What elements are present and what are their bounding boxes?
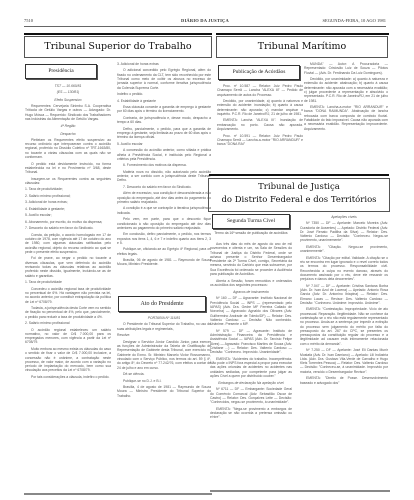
paragraph: Nº 7350 — DF — Apelante: Marcelo Moreira… (300, 221, 388, 242)
maritimo-column-1: Proc. nº 10.587 — Relator: Juiz Pedro Pa… (217, 84, 303, 170)
session-notice: Termo da 16ª sessão de publicação de acó… (212, 231, 290, 235)
paragraph: EMENTA: "Nega-se provimento a embargos d… (210, 407, 292, 420)
paragraph: O Presidente do Tribunal Superior do Tra… (117, 322, 211, 331)
paragraph: 6. Abonamento, por escrito, do motivo da… (25, 220, 111, 224)
paragraph: Brasília, 4 de agosto de 1981 — Raymundo… (117, 385, 211, 398)
paragraph: 3. Adicional de horas extras (117, 62, 211, 66)
section-rule (209, 174, 389, 176)
issue-date: SEGUNDA-FEIRA, 10 AGO 1981 (322, 18, 386, 23)
paragraph: Nº 7.047 — DF — Apelante: Cristina Santa… (300, 284, 388, 305)
running-header: 7510 DIÁRIO DA JUSTIÇA SEGUNDA-FEIRA, 10… (24, 18, 386, 27)
paragraph: 5. Auxílio escolar; (25, 213, 111, 217)
paragraph: EMENTA: "Acidentes do trabalho. Incompet… (210, 357, 292, 378)
paragraph: Aos três dias do mês de agosto do ano de… (210, 242, 292, 276)
paragraph: Insurgem-se os Requerentes contra as seg… (25, 177, 111, 186)
paragraph: 4. Estabilidade à gestante (117, 99, 211, 103)
footer-rule-left (24, 493, 212, 495)
paragraph: Por tais considerações a cláusula, indef… (25, 375, 111, 379)
paragraph: Apelações cíveis (300, 215, 388, 219)
paragraph: Dê-se ciência. (117, 372, 211, 376)
paragraph: (ES — 130/81) (25, 90, 111, 94)
paragraph: 5. Auxílio escolar (117, 142, 211, 146)
paragraph: TST — 10.660/81 (25, 84, 111, 88)
paragraph: 1. Taxa de produtividade (25, 280, 111, 284)
paragraph: EMENTA: "Citação. Negou-se provimento, u… (300, 245, 388, 254)
paragraph: 4. Estabilidade à gestante; (25, 207, 111, 211)
tst-column-2: 3. Adicional de horas extrasO adicional … (117, 62, 211, 292)
paragraph: 3. Adicional de horas extras; (25, 200, 111, 204)
paragraph: Muito embora ao mesmo exista os cláusula… (25, 347, 111, 373)
subsection-publicacao-acordaos: Publicação de Acórdãos (218, 65, 300, 80)
paragraph: A condição é a que se contrapõe à iterat… (117, 206, 211, 215)
paragraph: Consta, da petição, o acordo homologado … (25, 233, 111, 254)
paragraph: Proc. nº 10.587 — Relator: Juiz Pedro Pa… (217, 84, 303, 97)
paragraph: Pelo vem, em parte, para que o desconto … (117, 217, 211, 230)
paragraph: Designar o Servidor Júnior Candido Júnio… (117, 340, 211, 370)
paragraph: Foi de praxe, ao negar o pedido no tocan… (25, 256, 111, 277)
tst-act-text: PORTARIA Nº 116/81O Presidente do Tribun… (117, 316, 211, 486)
paragraph: PORTARIA Nº 116/81 (117, 316, 211, 320)
paragraph: Despacho (25, 132, 111, 136)
tjdft-column-1: Aos três dias do mês de agosto do ano de… (210, 242, 292, 490)
paragraph: Brasília, 06 de agosto de 1981 — Raymund… (117, 258, 211, 267)
paragraph: Matéria nova no dissídio, não autorizado… (117, 170, 211, 183)
paragraph: Defiro, parcialmente, o pedido, para que… (117, 127, 211, 140)
footer-rule-right (210, 490, 390, 492)
tst-column-1: TST — 10.660/81(ES — 130/81)Efeito Suspe… (25, 84, 111, 489)
paragraph: Nº 7.250 — DF — Apelante: José Eli Danta… (300, 348, 388, 374)
paragraph: O acórdão regional estabeleceu um salári… (25, 328, 111, 345)
paragraph: Publique-se, oficiando-se ao Egrégio 4º … (117, 247, 211, 256)
paragraph: 4ª Região (25, 124, 111, 128)
paragraph: Em conclusão, defiro parcialmente, o ped… (117, 232, 211, 245)
paragraph: 2. Salário mínimo profissional (25, 321, 111, 325)
paragraph: 2. Salário mínimo profissional; (25, 194, 111, 198)
paragraph: Efeito Suspensivo (25, 98, 111, 102)
maritimo-column-2: MUNDA" — Autor: A Procuradoria — Represe… (304, 62, 388, 167)
paragraph: Aberta a Sessão, foram removidos e orden… (210, 279, 292, 288)
section-rule (24, 33, 212, 35)
paragraph: Pleiteiam os Requerentes efeito suspensi… (25, 138, 111, 159)
paragraph: Essa cláusula concede a garantia de empr… (117, 105, 211, 114)
paragraph: 1. Taxa de produtividade; (25, 187, 111, 191)
paragraph: Além de excessivo, sua condição é descon… (117, 191, 211, 204)
paragraph: Agravos de instrumento (210, 290, 292, 294)
paragraph: Nº 6711 — DF — Embargante: Sociedade Ger… (210, 387, 292, 404)
paragraph: Decidido, por unanimidade: a) quanto à n… (304, 77, 388, 103)
masthead-tjdft: Tribunal de Justiça do Distrito Federal … (208, 178, 390, 212)
paragraph: EMENTA: Lancha-a-motor "RIO ARRANDUR" e … (304, 105, 388, 131)
subsection-presidencia: Presidência (25, 64, 97, 79)
paragraph: Resolve: (117, 333, 211, 337)
masthead-line-1: Tribunal de Justiça (209, 181, 389, 194)
paragraph: Decidido, por unanimidade, a) quanto à n… (217, 99, 303, 116)
subsection-ato-presidente: Ato do Presidente (118, 296, 206, 312)
masthead-tst: Tribunal Superior do Trabalho (24, 36, 212, 58)
paragraph: EMENTA: Lancha "ALEXA III". Inundação de… (217, 118, 303, 131)
paragraph: Requerentes: Cervejaria Sinimbu S.A. Coo… (25, 104, 111, 121)
paragraph: 7. Desconto do salário em favor do Sindi… (25, 226, 111, 230)
masthead-line-2: do Distrito Federal e dos Territórios (209, 194, 389, 207)
paragraph: EMENTA: "Direito de Posse. Desenvolvimen… (300, 376, 388, 385)
paragraph: EMENTA: "Citação por edital. Validade. A… (300, 256, 388, 282)
tjdft-column-2: Apelações cíveisNº 7350 — DF — Apelante:… (300, 212, 388, 490)
section-rule (216, 33, 389, 35)
paragraph: MUNDA" — Autor: A Procuradoria — Represe… (304, 62, 388, 75)
paragraph: 6. Fornecimento dos motivos da dispensa. (117, 163, 211, 167)
paragraph: EMENTA: "Contestação. Impropriedade. Víc… (300, 307, 388, 346)
paragraph: Nº 160 — DF — Agravante: Instituto Nacio… (210, 296, 292, 326)
paragraph: Proc. nº 10.591 — Relator: Juiz Pedro Pa… (217, 134, 303, 147)
paragraph: Publique-se no D.J. e B.I. (117, 379, 211, 383)
paragraph: Nº 579 — DF — Agravante: Instituto de Ad… (210, 329, 292, 355)
paragraph: Concedeu o acórdão regional taxa de prod… (25, 287, 111, 304)
masthead-tribunal-maritimo: Tribunal Marítimo (216, 36, 388, 58)
paragraph: O pedido está devidamente instruído, na … (25, 162, 111, 175)
paragraph: Contraria, de jurisprudência e, desse mo… (117, 116, 211, 125)
paragraph: Indefiro o pedido. (117, 92, 211, 96)
paragraph: Todavia, a jurisprudência desta Corte ve… (25, 306, 111, 319)
paragraph: A concessão do acórdão anterior, como si… (117, 148, 211, 161)
paragraph: O adicional concedido pelo Egrégio Regio… (117, 68, 211, 89)
paragraph: 7. Desconto do salário em favor do Sindi… (117, 185, 211, 189)
paragraph: Embargos de declaração Na apelação cível (210, 381, 292, 385)
subsection-segunda-turma-civel: Segunda Turma Cível (212, 214, 290, 229)
